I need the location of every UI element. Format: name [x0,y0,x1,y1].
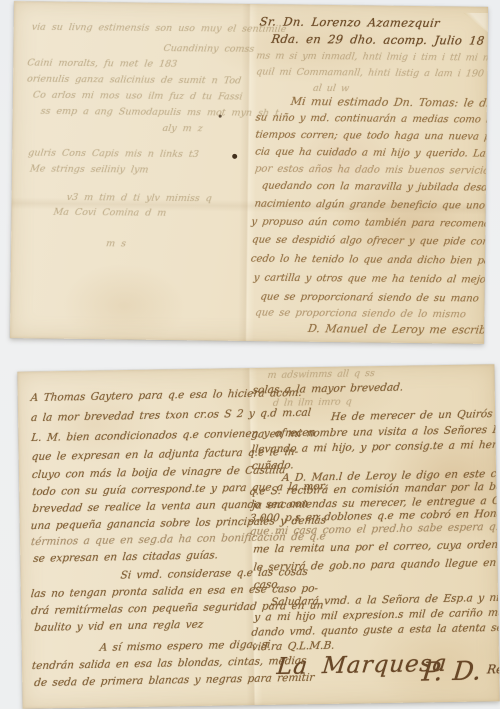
handwriting-line: llevando a mi hijo, y por consig.te a mi… [251,438,500,456]
handwriting-line: baulito y vid en una regla vez [34,619,204,634]
handwriting-line: tiempos corren; que todo haga una nueva … [255,130,488,143]
handwriting-line: Cuandininy comss [163,43,255,55]
handwriting-line: orienulis ganza salicinius de sumit n To… [26,74,241,87]
handwriting-line: Caini moralts, fu met le 183 [27,58,178,70]
handwriting-line: a la mor brevedad tres txon cr.os S 2 y … [30,407,311,424]
handwriting-line: caso. [253,579,281,592]
wormhole [232,154,237,159]
handwriting-line: que se proporciona siendo de lo mismo [255,307,467,320]
handwriting-line: cia que ha cuidado a mi hijo y querido. … [254,147,488,160]
handwriting-line: solas a la mayor brevedad. [252,381,404,396]
handwriting-line: tendrán salida en esa las blondas, cinta… [31,655,307,672]
letter-addressee: Sr. Dn. Lorenzo Azamezquir [259,14,441,30]
handwriting-line: su niño y md. continuarán a medias como … [255,113,488,126]
handwriting-line: y propuso aún como también para recomend… [251,217,488,230]
handwriting-line: aly m z [162,123,204,134]
handwriting-line: v3 m tim d ti ylv mimiss q [66,192,213,204]
handwriting-line: dando vmd. quanto guste a esta la atenta… [251,622,500,639]
signature-rubric-initials: P. D. [421,656,483,687]
handwriting-line: m s [105,238,126,249]
photo-background: via su livng estimensis son uso muy el s… [0,0,500,709]
handwriting-line: m adswimms all q ss [267,368,376,381]
handwriting-line: que se despidió algo ofrecer y que pide … [251,235,488,248]
handwriting-line: de seda de primera blancas y negras para… [34,672,315,689]
handwriting-line: ms m si ym inmadl, hnti lmig i tim i ttl… [256,51,488,64]
handwriting-line: Ma Covi Comina d m [53,207,167,219]
bottom-letter-sheet: A Thomas Gaytero para q.e esa lo hiciera… [17,364,499,708]
handwriting-line: vid.ra Q.L.M.B. [251,640,335,654]
handwriting-line: ss emp a ang Sumodapulis ms mot myn sh t [40,106,280,119]
handwriting-line: quil mi Commamanll, hinti listig a lam i… [255,67,488,80]
handwriting-line: Me strings seiliniy lym [29,164,149,176]
handwriting-line: quedando con la maravilla y jubilada des… [261,181,488,194]
top-letter-sheet: via su livng estimensis son uso muy el s… [10,1,488,344]
letter-closing-line: D. Manuel de Leroy me escribe [307,322,488,337]
handwriting-line: d ln ilm imro q [272,396,352,409]
handwriting-line: y cartilla y otros que me ha tenido al m… [253,273,488,286]
handwriting-line: le servirá de gob.no para quando llegue … [253,557,500,574]
handwriting-line: Co arlos mi mos uso ilm fuz d tu Fassi [32,90,243,103]
handwriting-line: gulris Cons Capis mis n links t3 [27,148,199,160]
handwriting-line: He de merecer de un Quirós ha- [330,408,499,424]
handwriting-line: cuñado. [251,459,294,472]
handwriting-line: por estos años ha dado mis buenos servic… [254,164,488,178]
handwriting-line: cedo lo he tenido lo que anda dicho bien… [250,254,488,267]
signature-rubric-name: Remiro [486,662,499,677]
letter-date-line: Rda. en 29 dho. acomp. Julio 18 de 1816 [271,32,488,48]
signature-rubric: P. D. Remiro [421,656,500,688]
folded-corner [463,13,488,33]
handwriting-line: ga en mi nombre una visita a los Señores… [251,423,500,440]
handwriting-line: al ul w [312,83,349,94]
handwriting-line: Mi mui estimado Dn. Tomas: le digo que [290,95,488,110]
handwriting-line: que se proporcionará siendo de su mano [260,292,480,305]
handwriting-line: se expresan en las citadas guías. [33,549,219,565]
handwriting-line: via su livng estimensis son uso muy el s… [31,22,287,35]
